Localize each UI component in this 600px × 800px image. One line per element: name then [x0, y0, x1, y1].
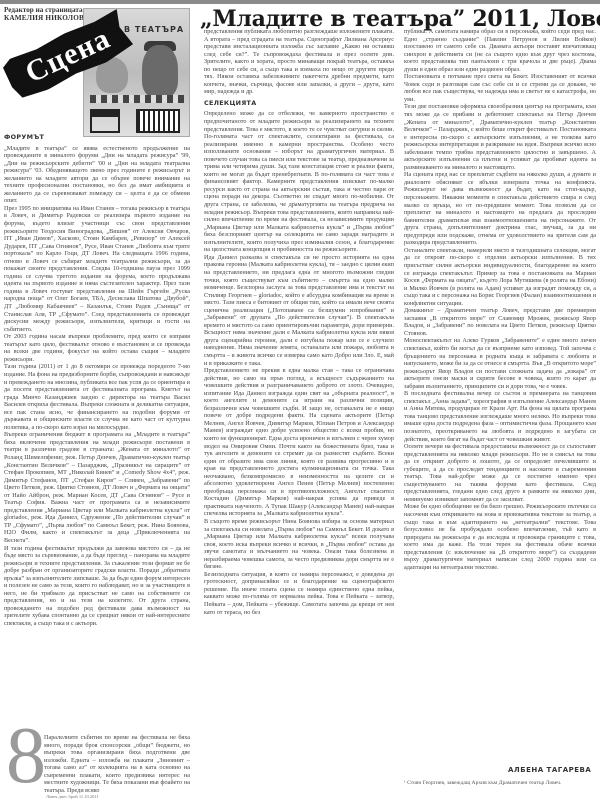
paragraph-continued: Паралелните събития по време на фестивал…	[44, 734, 190, 794]
article-column-2: представления публиката любопитно разгле…	[204, 28, 394, 794]
poster-figure-right	[142, 45, 178, 97]
paragraph: Ида Даниел разказва в спектакъла си не п…	[204, 254, 394, 367]
paragraph: представления публиката любопитно разгле…	[204, 28, 394, 96]
paragraph: И тази година фестивалът продължи да зав…	[4, 545, 190, 628]
paragraph: Въпреки ограничения бюджет в програмата …	[4, 431, 190, 544]
paragraph: Моноспектакълът на Алеко Гурков „Забраве…	[404, 337, 596, 390]
paragraph: От 2003 година насам въпреки проблемите,…	[4, 333, 190, 363]
paragraph: публика. А самотата намира образ си в пе…	[404, 28, 596, 73]
paragraph: Домакинът – Драматичен театър Ловеч, пре…	[404, 307, 596, 337]
paragraph: В същото време режисьорът Нина Бояновa и…	[204, 518, 394, 571]
paragraph: Определено може да се отбележи, че камер…	[204, 110, 394, 253]
paragraph: На сцената пред нас се преплитат съдбите…	[404, 171, 596, 246]
article-author: АЛБЕНА ТАГАРЕВА	[508, 766, 591, 774]
paragraph: Останалите спектакли, намерили място в т…	[404, 247, 596, 307]
paragraph: Може би едно обобщение не би било грешно…	[404, 503, 596, 571]
article-column-1: ФОРУМЪТ „Младите в театъра” се явява ест…	[4, 130, 190, 788]
paragraph: Тази година (2011) от 1 до 8 октомври се…	[4, 363, 190, 431]
paragraph: Осемте вечери на фестивала предоставиха …	[404, 443, 596, 503]
article-column-3: публика. А самотата намира образ си в пе…	[404, 28, 596, 718]
paragraph: Постановката е потъване през света на Бе…	[404, 73, 596, 103]
paragraph: Тези две постановки оформяха своеобразни…	[404, 103, 596, 171]
paragraph: „Младите в театъра” се явява естественот…	[4, 145, 190, 205]
poster-sign-text: В ТЕАТЪРА	[124, 25, 184, 34]
page-number: 8	[6, 716, 46, 796]
page-top-rule	[0, 0, 600, 4]
section-heading-selection: СЕЛЕКЦИЯТА	[204, 100, 394, 108]
paragraph: В последната фестивална вечер се състоя …	[404, 390, 596, 443]
paragraph: Представлението не прекия в една малка с…	[204, 367, 394, 518]
article-footnote: ¹ Стоян Георгиев, завеждащ Архив към Дра…	[404, 780, 594, 787]
paragraph: Безизходната ситуация, в която се намира…	[204, 571, 394, 616]
paragraph: През 1995 по инициатива на Иван Станев –…	[4, 205, 190, 333]
poster-film-strip	[90, 95, 184, 103]
footer-issue-date: Ловеч днес брой 11.10.2011	[46, 794, 99, 799]
section-heading-forum: ФОРУМЪТ	[4, 134, 190, 142]
